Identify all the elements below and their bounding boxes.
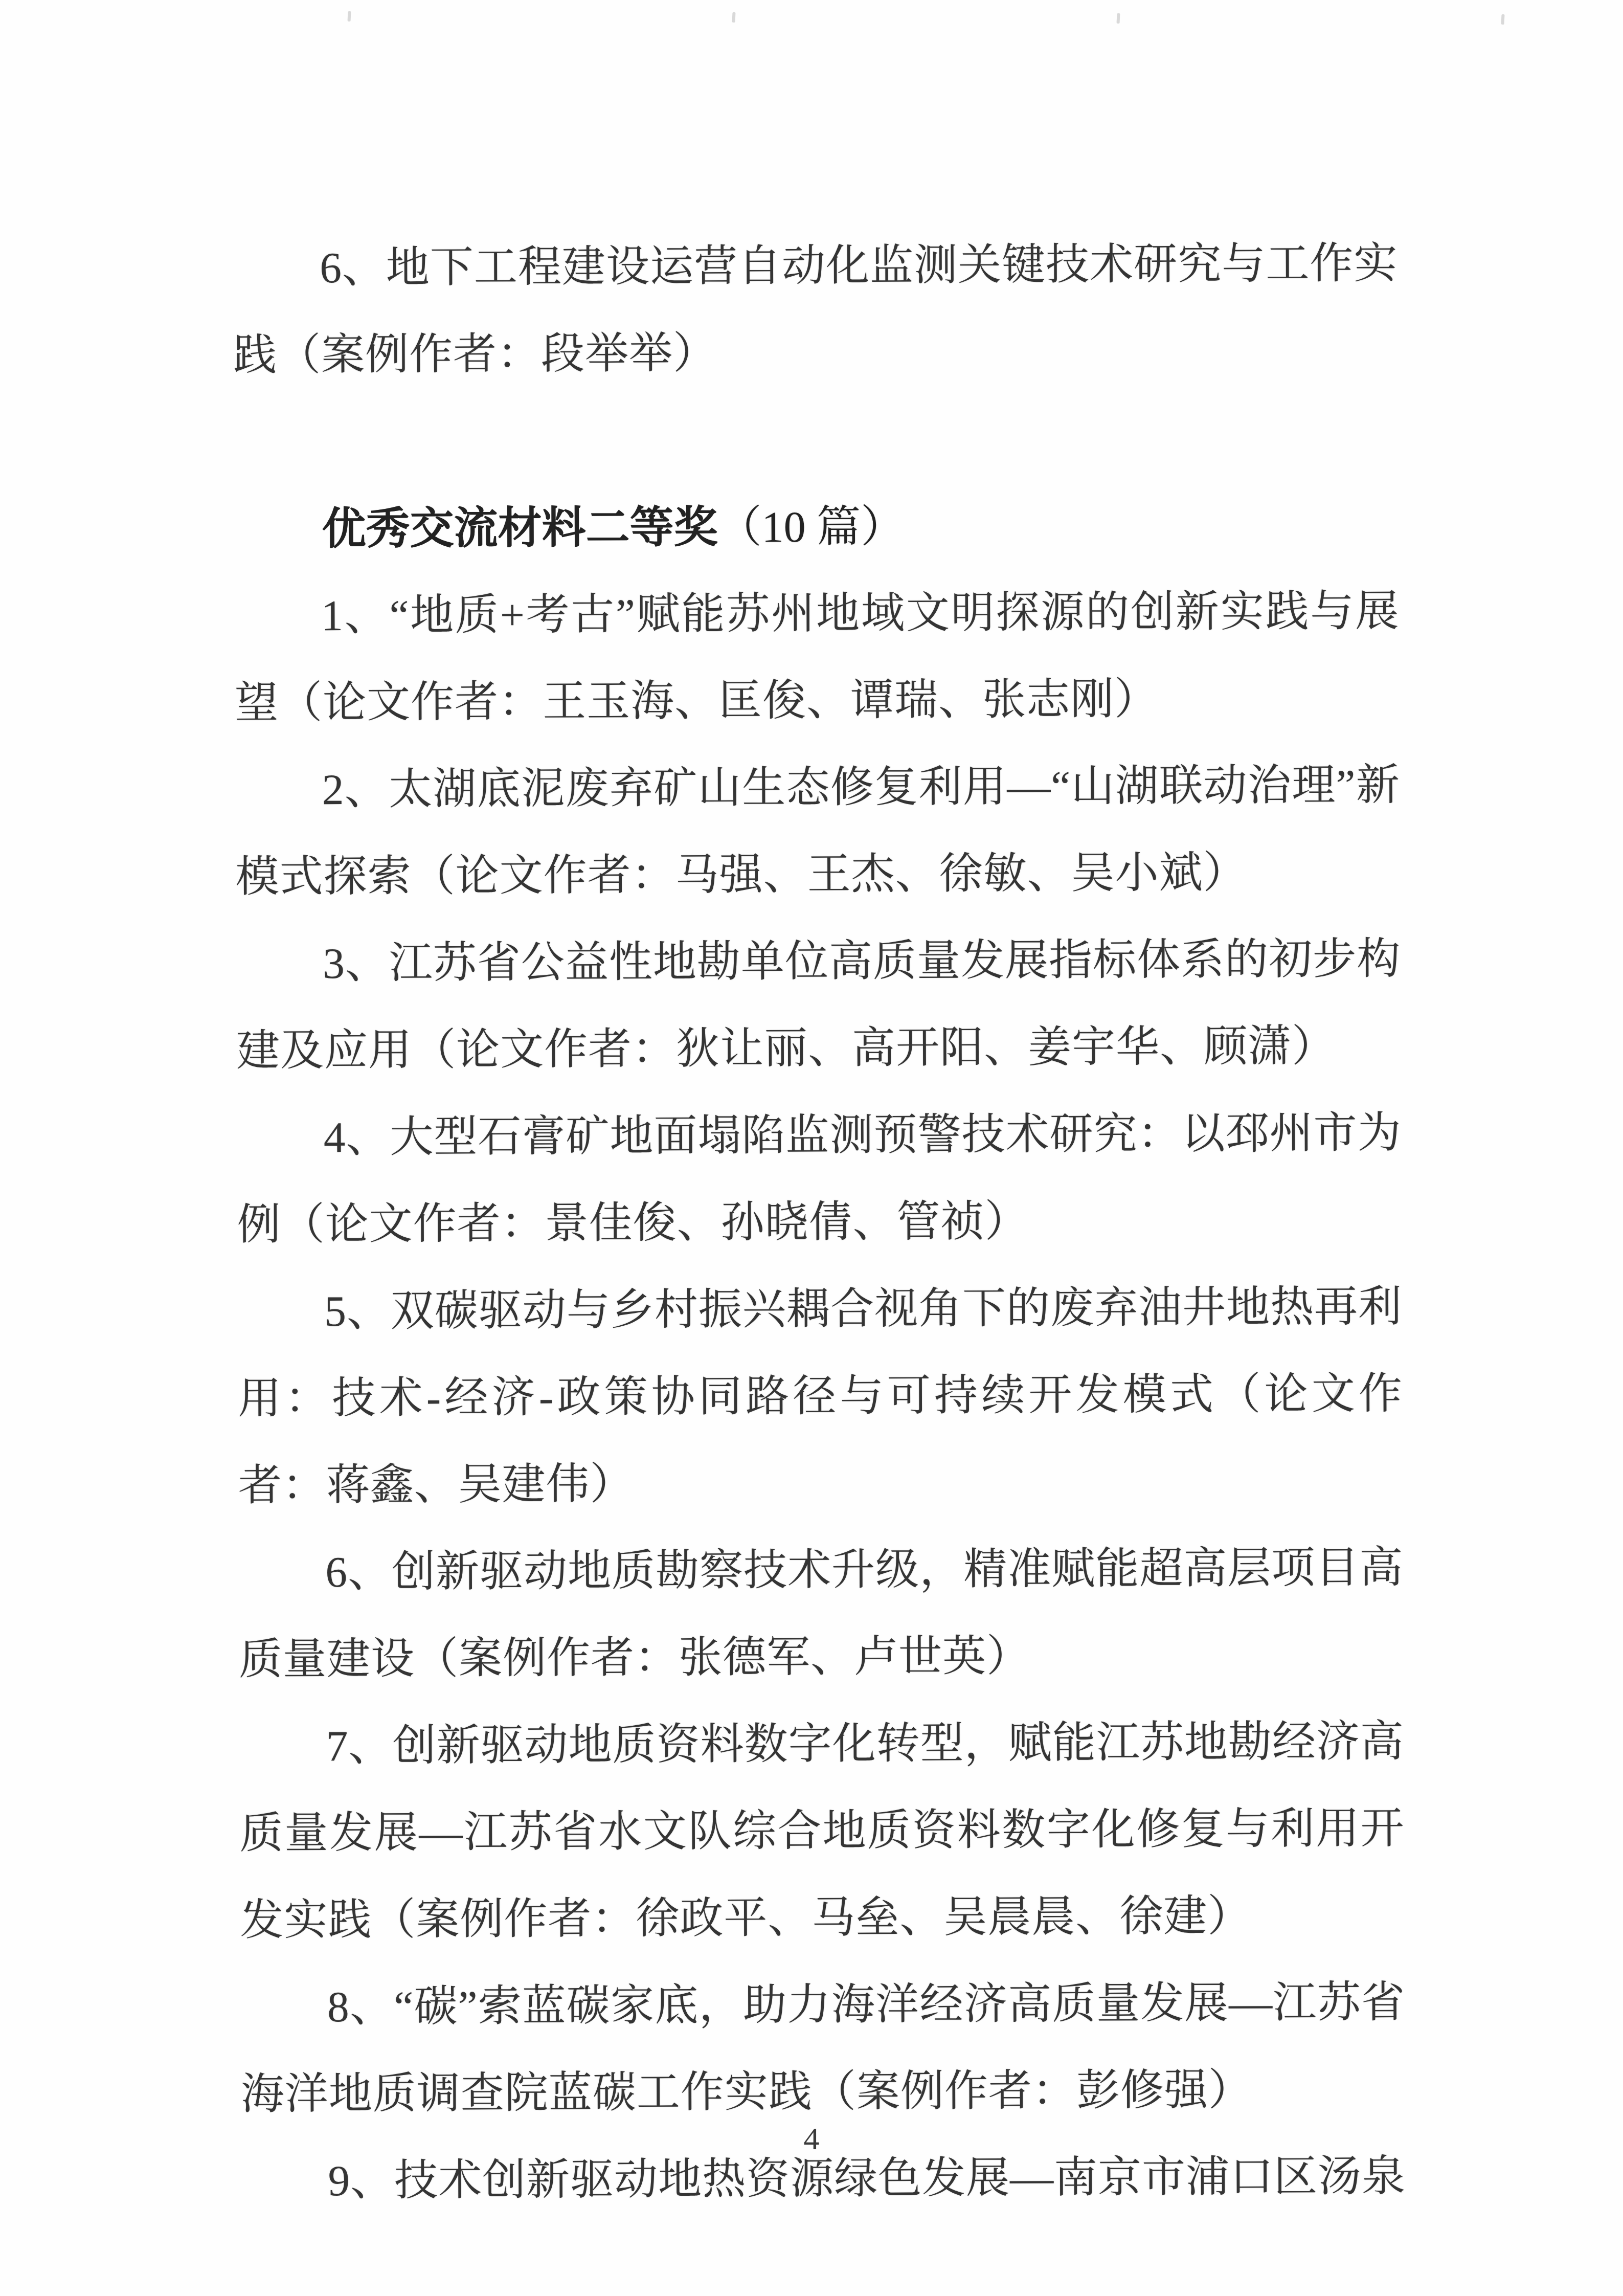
document-page: 6、地下工程建设运营自动化监测关键技术研究与工作实践（案例作者：段举举） 优秀交…: [0, 0, 1623, 2296]
section-heading: 优秀交流材料二等奖（10 篇）: [234, 481, 1399, 573]
scan-artifact-mark: [347, 11, 351, 21]
scan-artifact-mark: [732, 12, 735, 23]
award-item-7: 7、创新驱动地质资料数字化转型，赋能江苏地勘经济高质量发展—江苏省水文队综合地质…: [239, 1698, 1405, 1964]
award-item-leading: 6、地下工程建设运营自动化监测关键技术研究与工作实践（案例作者：段举举）: [233, 220, 1398, 399]
award-item-4: 4、大型石膏矿地面塌陷监测预警技术研究：以邳州市为例（论文作者：景佳俊、孙晓倩、…: [236, 1089, 1402, 1268]
award-item-3: 3、江苏省公益性地勘单位高质量发展指标体系的初步构建及应用（论文作者：狄让丽、高…: [236, 916, 1401, 1095]
scan-artifact-mark: [1116, 13, 1120, 24]
award-item-5: 5、双碳驱动与乡村振兴耦合视角下的废弃油井地热再利用：技术-经济-政策协同路径与…: [237, 1263, 1403, 1529]
award-item-6: 6、创新驱动地质勘察技术升级，精准赋能超高层项目高质量建设（案例作者：张德军、卢…: [238, 1524, 1404, 1703]
page-number: 4: [0, 2119, 1623, 2159]
document-body: 6、地下工程建设运营自动化监测关键技术研究与工作实践（案例作者：段举举） 优秀交…: [233, 220, 1406, 2225]
section-heading-title: 优秀交流材料二等奖: [322, 503, 717, 553]
award-item-1: 1、“地质+考古”赋能苏州地域文明探源的创新实践与展望（论文作者：王玉海、匡俊、…: [234, 568, 1400, 747]
section-heading-count: （10 篇）: [717, 502, 905, 552]
award-item-8: 8、“碳”索蓝碳家底，助力海洋经济高质量发展—江苏省海洋地质调查院蓝碳工作实践（…: [240, 1959, 1406, 2138]
award-item-2: 2、太湖底泥废弃矿山生态修复利用—“山湖联动治理”新模式探索（论文作者：马强、王…: [235, 742, 1400, 921]
scan-artifact-mark: [1501, 14, 1504, 25]
